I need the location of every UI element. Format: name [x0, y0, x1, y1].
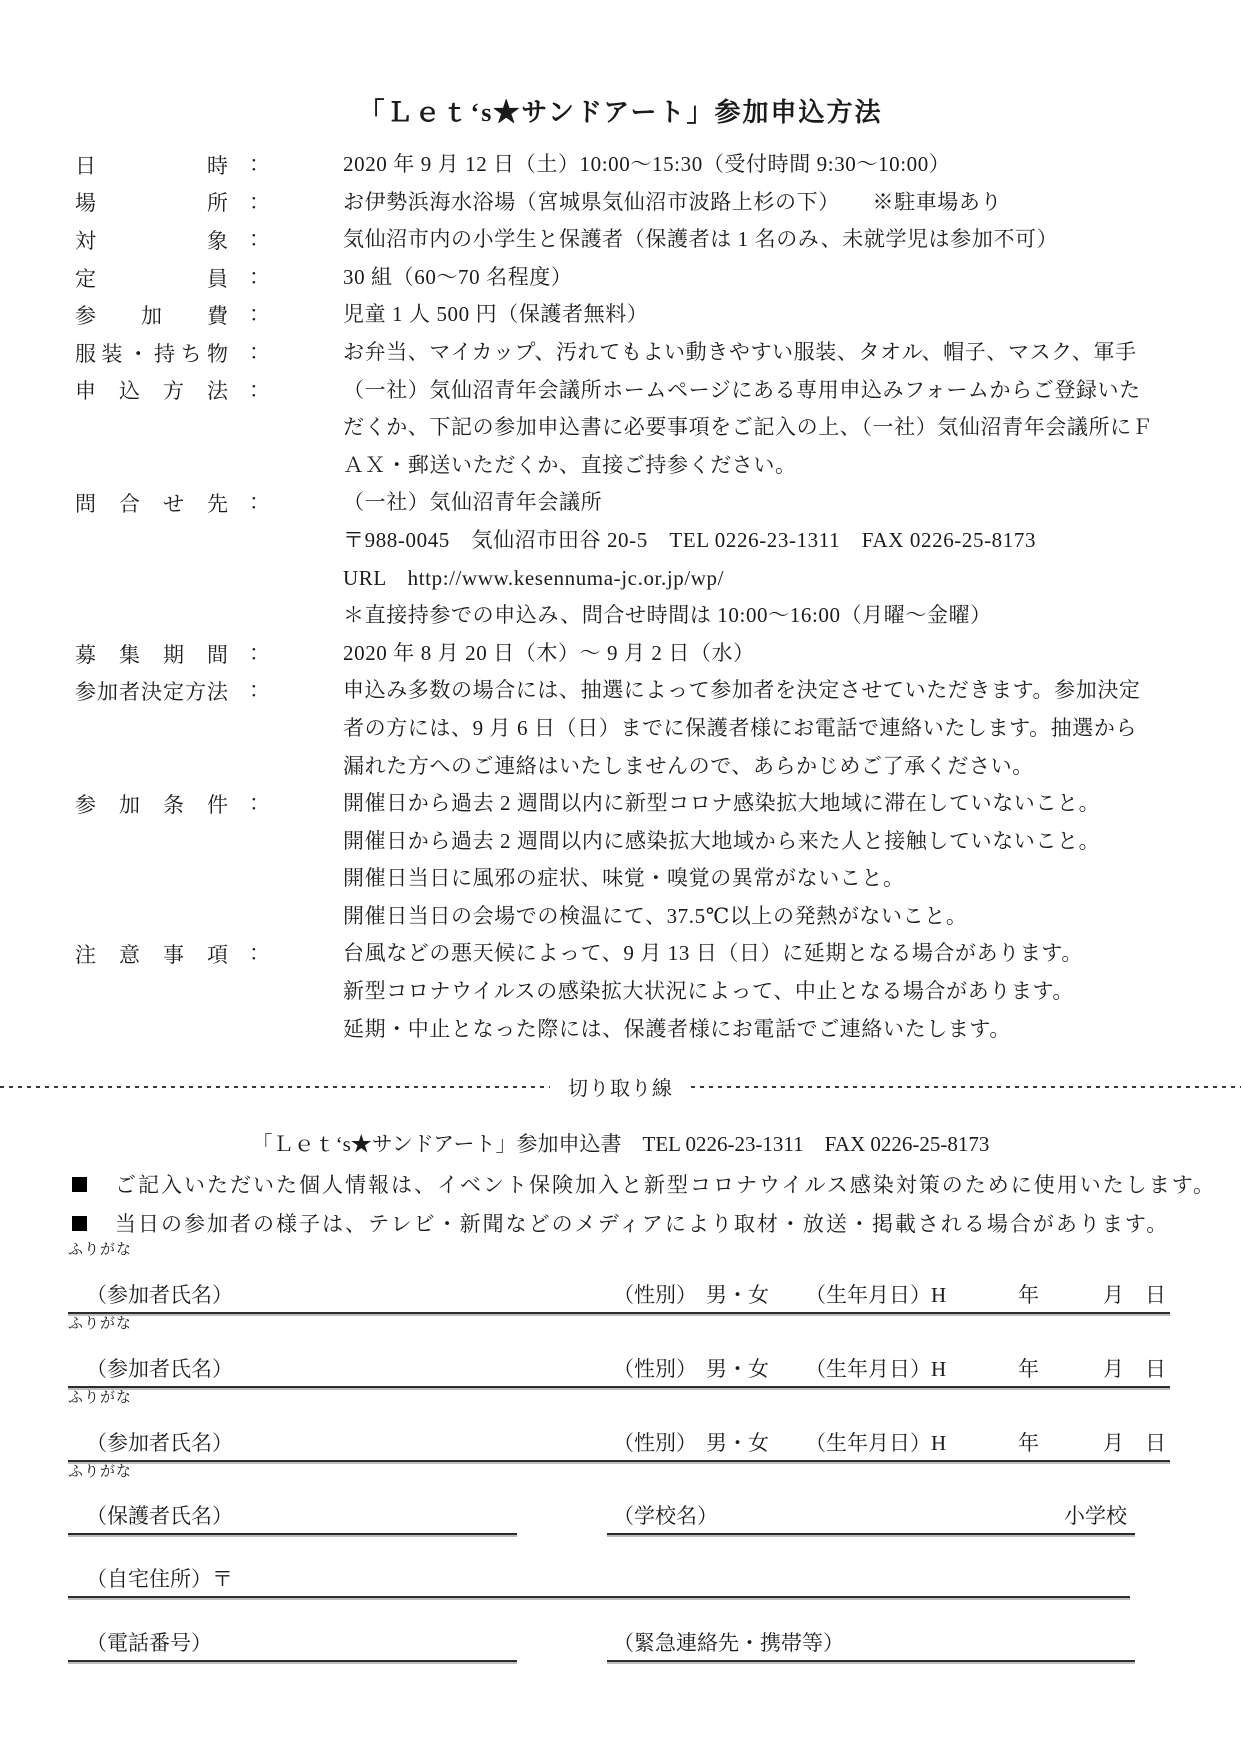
info-label: 参加費 — [75, 296, 228, 334]
info-row-datetime: 日時 ： 2020 年 9 月 12 日（土）10:00～15:30（受付時間 … — [75, 146, 1241, 184]
info-value: 者の方には、9 月 6 日（日）までに保護者様にお電話で連絡いたします。抽選から — [343, 710, 1241, 748]
day-label: 日 — [1145, 1279, 1166, 1309]
participant-name-label: （参加者氏名） — [86, 1427, 233, 1457]
info-label: 参加者決定方法 — [75, 672, 228, 710]
month-label: 月 — [1103, 1427, 1124, 1457]
info-row-cautions: 注意事項 ： 台風などの悪天候によって、9 月 13 日（日）に延期となる場合が… — [75, 935, 1241, 1048]
info-label: 注意事項 — [75, 935, 228, 973]
school-label: （学校名） — [613, 1500, 718, 1530]
gender-options: 男・女 — [706, 1353, 769, 1383]
info-row-apply-method: 申込方法 ： （一社）気仙沼青年会議所ホームページにある専用申込みフォームからご… — [75, 372, 1241, 485]
gender-label: （性別） — [613, 1279, 697, 1309]
info-value: 台風などの悪天候によって、9 月 13 日（日）に延期となる場合があります。 — [343, 935, 1241, 973]
note-item: 当日の参加者の様子は、テレビ・新聞などのメディアにより取材・放送・掲載される場合… — [72, 1205, 1212, 1244]
note-text: ご記入いただいた個人情報は、イベント保険加入と新型コロナウイルス感染対策のために… — [115, 1173, 1216, 1197]
page-title: 「Ｌｅｔ‘s★サンドアート」参加申込方法 — [0, 92, 1241, 129]
info-row-selection: 参加者決定方法 ： 申込み多数の場合には、抽選によって参加者を決定させていただき… — [75, 672, 1241, 785]
info-label: 日時 — [75, 146, 228, 184]
info-value: 開催日当日に風邪の症状、味覚・嗅覚の異常がないこと。 — [343, 860, 1241, 898]
info-value: 開催日当日の会場での検温にて、37.5℃以上の発熱がないこと。 — [343, 898, 1241, 936]
home-address-writein-line: （自宅住所）〒 — [68, 1560, 1130, 1598]
square-bullet-icon — [72, 1216, 87, 1231]
gender-label: （性別） — [613, 1427, 697, 1457]
participant-writein-line: （参加者氏名） （性別） 男・女 （生年月日）H 年 月 日 — [68, 1350, 1170, 1388]
home-address-label: （自宅住所）〒 — [86, 1563, 233, 1593]
participant-writein-line: （参加者氏名） （性別） 男・女 （生年月日）H 年 月 日 — [68, 1276, 1170, 1314]
contact-address: 〒988-0045 気仙沼市田谷 20-5 TEL 0226-23-1311 F… — [343, 522, 1241, 560]
info-row-place: 場所 ： お伊勢浜海水浴場（宮城県気仙沼市波路上杉の下） ※駐車場あり — [75, 184, 1241, 222]
participant-row-2: ふりがな （参加者氏名） （性別） 男・女 （生年月日）H 年 月 日 — [68, 1314, 1170, 1388]
birthdate-label: （生年月日）H — [805, 1279, 946, 1309]
label-colon: ： — [228, 672, 343, 710]
cut-line-label: 切り取り線 — [550, 1072, 691, 1101]
info-value: 新型コロナウイルスの感染拡大状況によって、中止となる場合があります。 — [343, 973, 1241, 1011]
info-label: 定員 — [75, 259, 228, 297]
label-colon: ： — [228, 146, 343, 184]
info-value: （一社）気仙沼青年会議所ホームページにある専用申込みフォームからご登録いた — [343, 372, 1241, 410]
gender-label: （性別） — [613, 1353, 697, 1383]
info-label: 対象 — [75, 221, 228, 259]
info-value: 児童 1 人 500 円（保護者無料） — [343, 296, 1241, 334]
participant-name-label: （参加者氏名） — [86, 1279, 233, 1309]
info-value: （一社）気仙沼青年会議所 — [343, 484, 1241, 522]
furigana-label: ふりがな — [68, 1388, 1170, 1408]
birthdate-label: （生年月日）H — [805, 1427, 946, 1457]
month-label: 月 — [1103, 1353, 1124, 1383]
label-colon: ： — [228, 484, 343, 522]
guardian-row: ふりがな — [68, 1462, 132, 1482]
info-value: お弁当、マイカップ、汚れてもよい動きやすい服装、タオル、帽子、マスク、軍手 — [343, 334, 1241, 372]
participant-row-3: ふりがな （参加者氏名） （性別） 男・女 （生年月日）H 年 月 日 — [68, 1388, 1170, 1462]
year-label: 年 — [1018, 1279, 1039, 1309]
application-form-title: 「Ｌｅｔ‘s★サンドアート」参加申込書 TEL 0226-23-1311 FAX… — [0, 1128, 1241, 1158]
day-label: 日 — [1145, 1427, 1166, 1457]
year-label: 年 — [1018, 1427, 1039, 1457]
info-value: 2020 年 8 月 20 日（木）～ 9 月 2 日（水） — [343, 635, 1241, 673]
contact-url: URL http://www.kesennuma-jc.or.jp/wp/ — [343, 560, 1241, 598]
school-writein-line: （学校名） 小学校 — [607, 1497, 1135, 1535]
gender-options: 男・女 — [706, 1279, 769, 1309]
info-row-fee: 参加費 ： 児童 1 人 500 円（保護者無料） — [75, 296, 1241, 334]
guardian-name-writein-line: （保護者氏名） — [68, 1497, 517, 1535]
info-value: 2020 年 9 月 12 日（土）10:00～15:30（受付時間 9:30～… — [343, 146, 1241, 184]
info-value: 延期・中止となった際には、保護者様にお電話でご連絡いたします。 — [343, 1011, 1241, 1049]
furigana-label: ふりがな — [68, 1314, 1170, 1334]
info-row-capacity: 定員 ： 30 組（60～70 名程度） — [75, 259, 1241, 297]
info-label: 申込方法 — [75, 372, 228, 410]
phone-writein-line: （電話番号） — [68, 1624, 517, 1662]
participant-writein-line: （参加者氏名） （性別） 男・女 （生年月日）H 年 月 日 — [68, 1424, 1170, 1462]
furigana-label: ふりがな — [68, 1240, 1170, 1260]
info-row-contact: 問合せ先 ： （一社）気仙沼青年会議所 〒988-0045 気仙沼市田谷 20-… — [75, 484, 1241, 634]
info-label: 募集期間 — [75, 635, 228, 673]
label-colon: ： — [228, 785, 343, 823]
label-colon: ： — [228, 296, 343, 334]
info-row-period: 募集期間 ： 2020 年 8 月 20 日（木）～ 9 月 2 日（水） — [75, 635, 1241, 673]
emergency-contact-label: （緊急連絡先・携帯等） — [613, 1627, 844, 1657]
note-text: 当日の参加者の様子は、テレビ・新聞などのメディアにより取材・放送・掲載される場合… — [115, 1212, 1169, 1236]
info-value: ＡＸ・郵送いただくか、直接ご持参ください。 — [343, 447, 1241, 485]
note-item: ご記入いただいた個人情報は、イベント保険加入と新型コロナウイルス感染対策のために… — [72, 1166, 1212, 1205]
document-page: 「Ｌｅｔ‘s★サンドアート」参加申込方法 日時 ： 2020 年 9 月 12 … — [0, 0, 1241, 1754]
info-label: 場所 — [75, 184, 228, 222]
cut-line-dash-left — [0, 1086, 550, 1088]
label-colon: ： — [228, 935, 343, 973]
gender-options: 男・女 — [706, 1427, 769, 1457]
guardian-name-label: （保護者氏名） — [86, 1500, 233, 1530]
info-value: 漏れた方へのご連絡はいたしませんので、あらかじめご了承ください。 — [343, 748, 1241, 786]
label-colon: ： — [228, 259, 343, 297]
day-label: 日 — [1145, 1353, 1166, 1383]
info-value: 気仙沼市内の小学生と保護者（保護者は 1 名のみ、未就学児は参加不可） — [343, 221, 1241, 259]
info-value: だくか、下記の参加申込書に必要事項をご記入の上、（一社）気仙沼青年会議所にＦ — [343, 409, 1241, 447]
school-suffix-label: 小学校 — [1064, 1500, 1127, 1530]
participant-name-label: （参加者氏名） — [86, 1353, 233, 1383]
info-label: 問合せ先 — [75, 484, 228, 522]
cut-line: 切り取り線 — [0, 1072, 1241, 1101]
label-colon: ： — [228, 372, 343, 410]
furigana-label: ふりがな — [68, 1462, 132, 1482]
label-colon: ： — [228, 635, 343, 673]
info-label: 参加条件 — [75, 785, 228, 823]
contact-hours: ＊直接持参での申込み、問合せ時間は 10:00～16:00（月曜～金曜） — [343, 597, 1241, 635]
info-value: お伊勢浜海水浴場（宮城県気仙沼市波路上杉の下） ※駐車場あり — [343, 184, 1241, 222]
info-value: 30 組（60～70 名程度） — [343, 259, 1241, 297]
info-value: 申込み多数の場合には、抽選によって参加者を決定させていただきます。参加決定 — [343, 672, 1241, 710]
label-colon: ： — [228, 221, 343, 259]
info-section: 日時 ： 2020 年 9 月 12 日（土）10:00～15:30（受付時間 … — [0, 146, 1241, 1048]
info-value: 開催日から過去 2 週間以内に感染拡大地域から来た人と接触していないこと。 — [343, 823, 1241, 861]
phone-label: （電話番号） — [86, 1627, 212, 1657]
emergency-contact-writein-line: （緊急連絡先・携帯等） — [607, 1624, 1135, 1662]
participant-row-1: ふりがな （参加者氏名） （性別） 男・女 （生年月日）H 年 月 日 — [68, 1240, 1170, 1314]
square-bullet-icon — [72, 1177, 87, 1192]
info-row-conditions: 参加条件 ： 開催日から過去 2 週間以内に新型コロナ感染拡大地域に滞在していな… — [75, 785, 1241, 935]
form-notes: ご記入いただいた個人情報は、イベント保険加入と新型コロナウイルス感染対策のために… — [72, 1166, 1212, 1243]
cut-line-dash-right — [691, 1086, 1241, 1088]
year-label: 年 — [1018, 1353, 1039, 1383]
info-row-clothes: 服装・持ち物 ： お弁当、マイカップ、汚れてもよい動きやすい服装、タオル、帽子、… — [75, 334, 1241, 372]
birthdate-label: （生年月日）H — [805, 1353, 946, 1383]
label-colon: ： — [228, 184, 343, 222]
month-label: 月 — [1103, 1279, 1124, 1309]
label-colon: ： — [228, 334, 343, 372]
info-row-target: 対象 ： 気仙沼市内の小学生と保護者（保護者は 1 名のみ、未就学児は参加不可） — [75, 221, 1241, 259]
info-value: 開催日から過去 2 週間以内に新型コロナ感染拡大地域に滞在していないこと。 — [343, 785, 1241, 823]
info-label: 服装・持ち物 — [75, 334, 228, 372]
